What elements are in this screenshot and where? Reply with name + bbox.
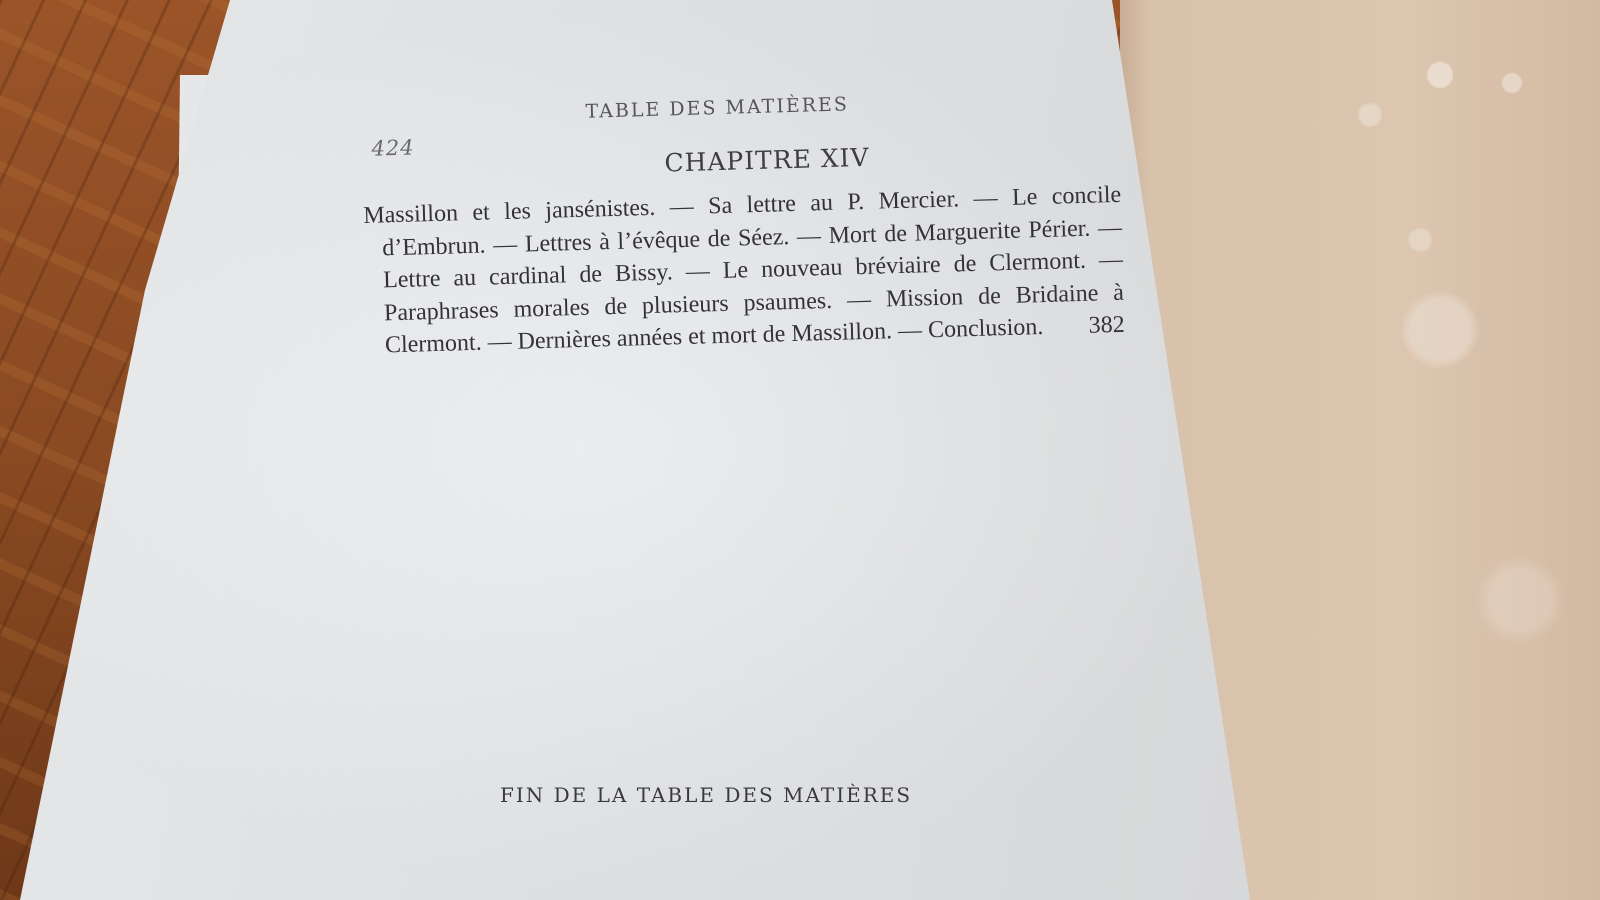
page-reference: 382: [1106, 309, 1125, 342]
chapter-summary: Massillon et les jansénistes. — Sa lettr…: [363, 179, 1125, 363]
end-of-table-text: FIN DE LA TABLE DES MATIÈRES: [500, 783, 912, 807]
running-head-title: TABLE DES MATIÈRES: [585, 93, 849, 122]
toc-page-content: 424 TABLE DES MATIÈRES CHAPITRE XIV Mass…: [360, 74, 1127, 363]
page-number: 424: [371, 136, 415, 161]
